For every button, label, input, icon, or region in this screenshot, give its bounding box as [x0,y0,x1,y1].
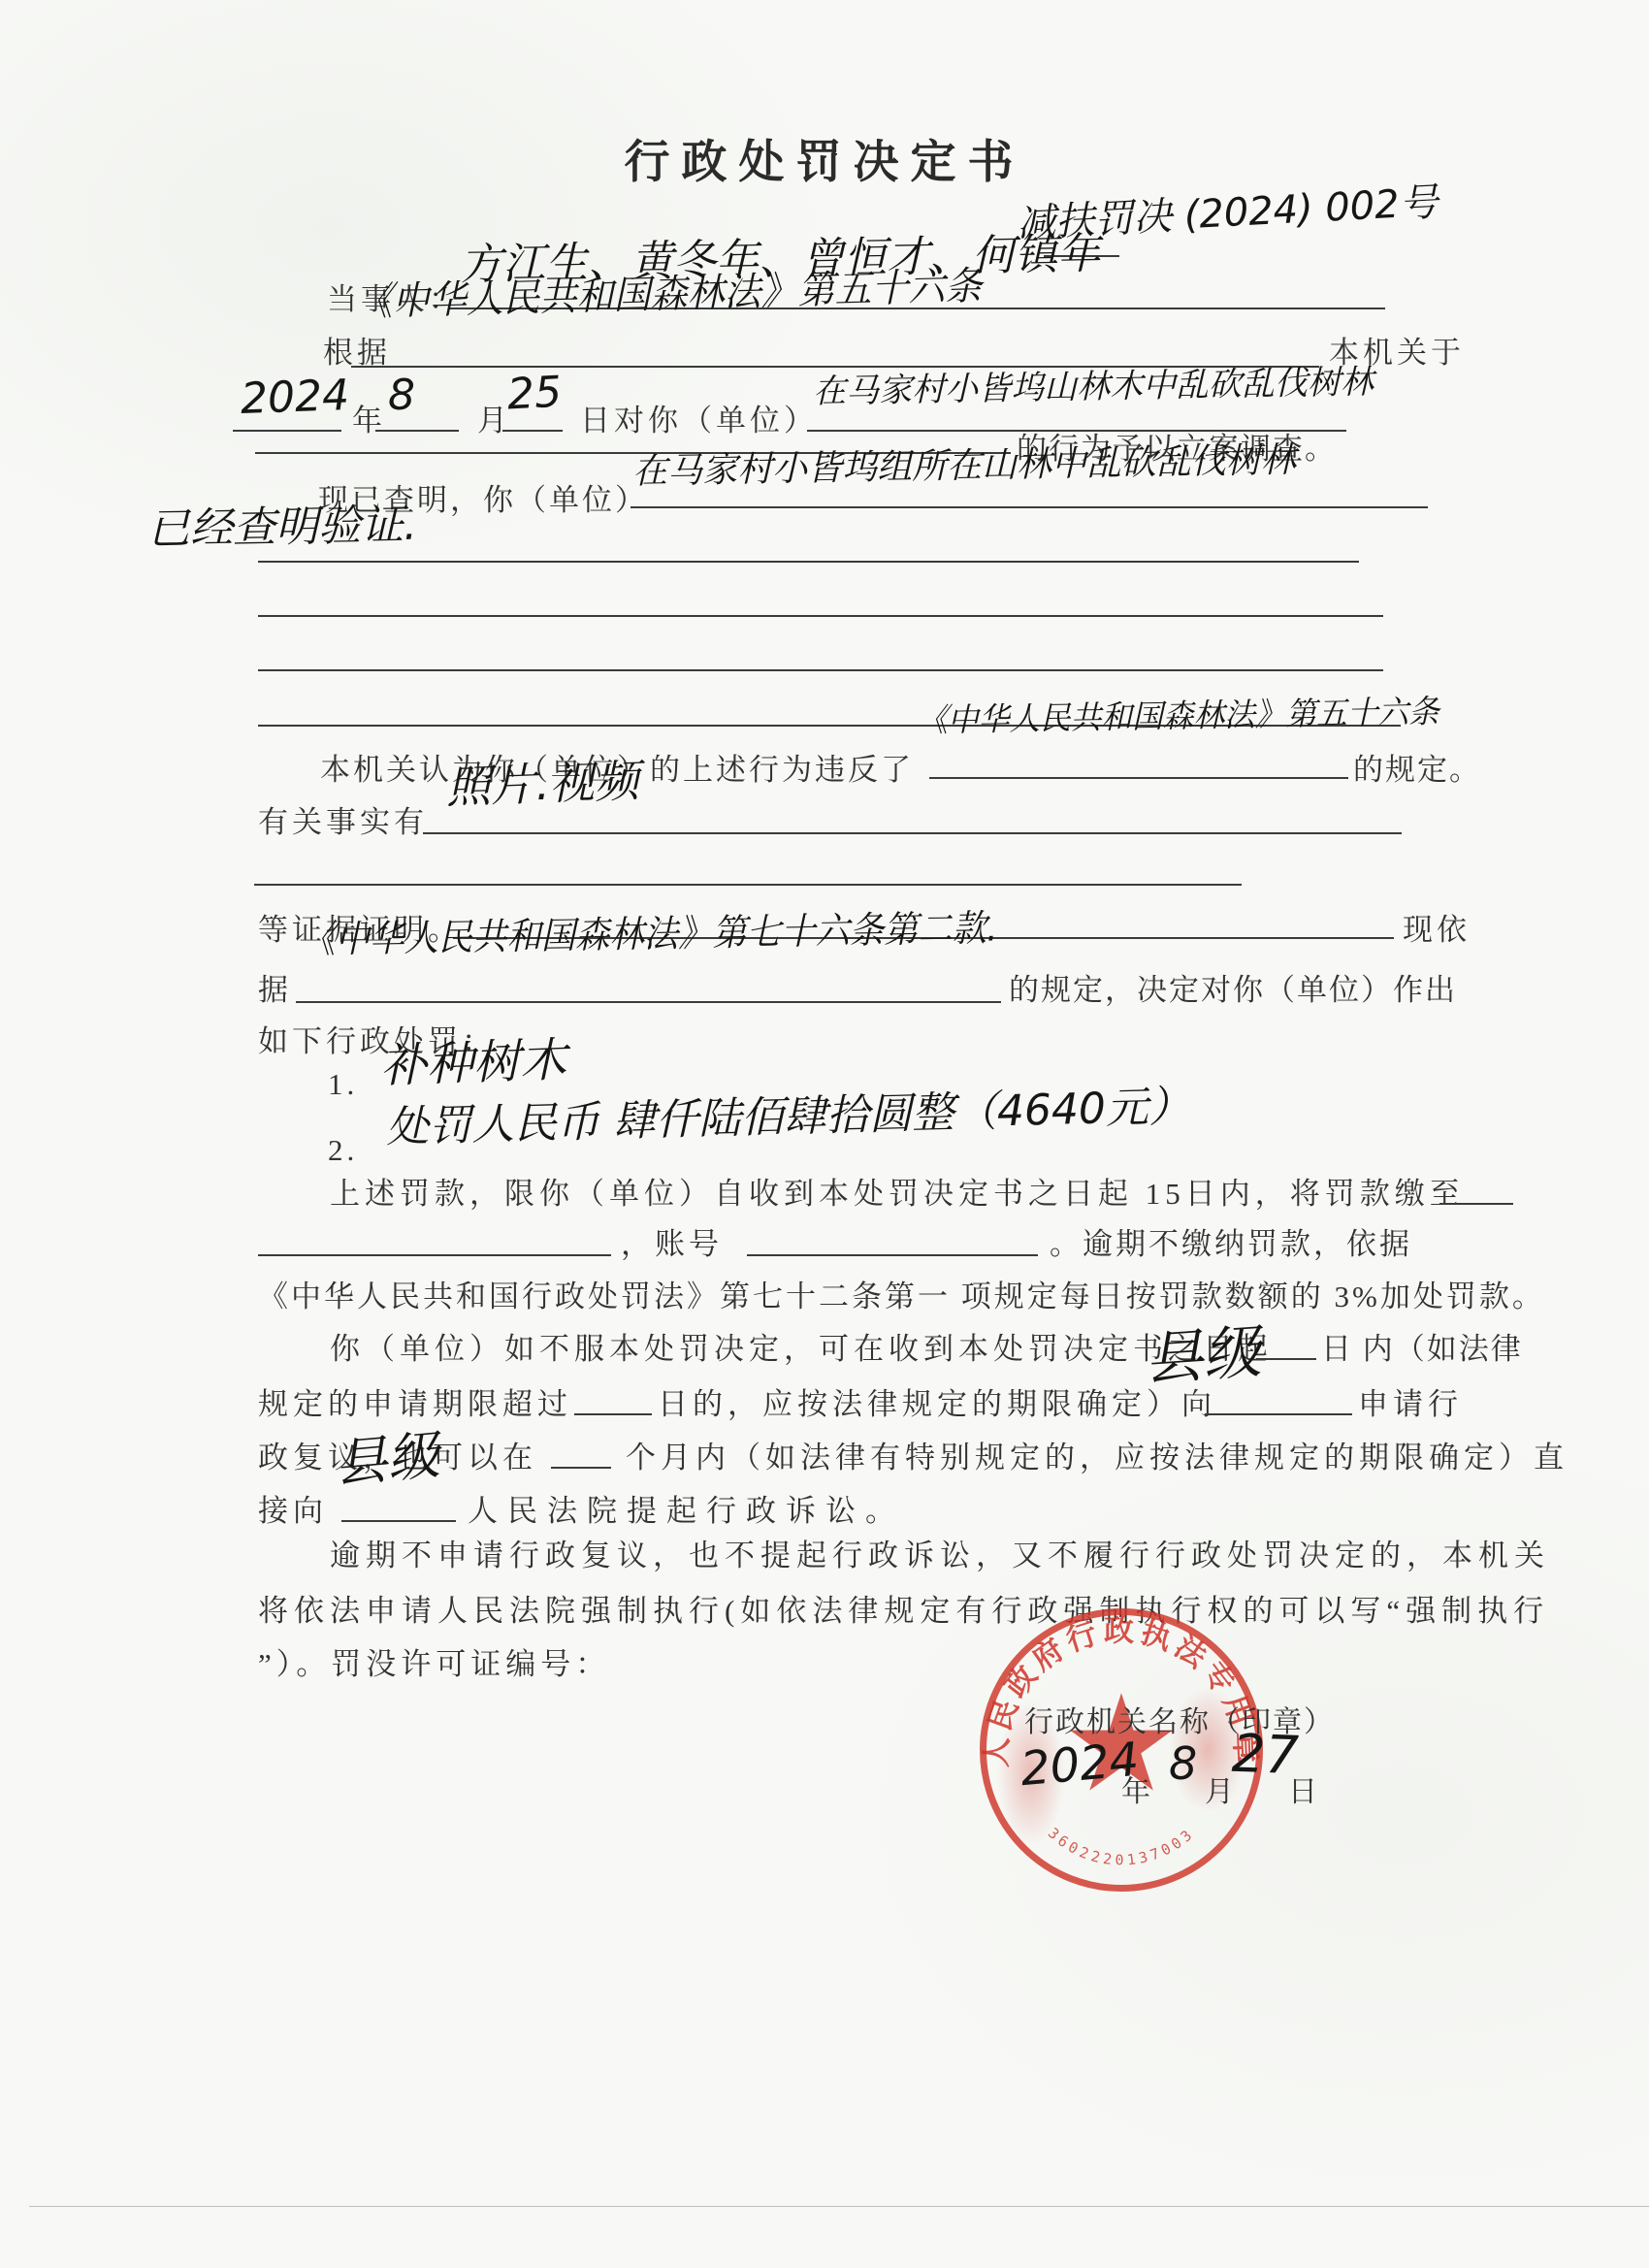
facts-blank [423,832,1402,834]
appeal-line1-tail: 日 内（如法律 [1321,1324,1523,1368]
appeal-blank-5 [341,1520,456,1522]
sign-day-unit: 日 [1288,1767,1321,1810]
enforce-line2: 将依法申请人民法院强制执行(如依法律规定有行政强制执行权的可以写“强制执行 [258,1586,1549,1630]
penalty2-text: 处罚人民币 肆仟陆佰肆拾圆整（4640元） [386,1085,1192,1150]
penalty2-number: 2. [328,1133,358,1168]
appeal-line4-lead: 接向 [258,1486,328,1530]
filing-year-unit: 年 [352,396,386,439]
blank-line [258,669,1383,671]
filing-day-unit: 日对你（单位） [580,396,818,439]
opinion-law: 《中华人民共和国森林法》第五十六条 [917,696,1439,736]
payment-line2-tail: 。逾期不缴纳罚款，依据 [1050,1219,1412,1263]
appeal-line1: 你（单位）如不服本处罚决定，可在收到本处罚决定书之日起 [330,1324,1273,1368]
sign-year-unit: 年 [1121,1767,1154,1810]
filing-month: 8 [388,374,415,417]
filing-day: 25 [506,372,563,417]
appeal-org2: 县级 [333,1429,441,1490]
opinion-tail: 的规定。 [1353,745,1481,789]
appeal-line4-tail: 人民法院提起行政诉讼。 [468,1486,905,1530]
appeal-blank-3 [1205,1413,1352,1415]
appeal-line2-lead: 规定的申请期限超过 [258,1379,572,1423]
payment-line2-mid: ，账号 [621,1219,723,1263]
per-law: 《中华人民共和国森林法》第七十六条第二款. [301,909,998,958]
per-tail: 的规定，决定对你（单位）作出 [1009,965,1457,1009]
finding-blank-2 [258,561,1359,563]
appeal-org1: 县级 [1143,1323,1263,1389]
payment-line1: 上述罚款，限你（单位）自收到本处罚决定书之日起 15日内，将罚款缴至 [330,1169,1465,1213]
filing-month-blank [375,430,459,432]
facts-label: 有关事实有 [258,797,428,841]
paper-edge [29,2206,1649,2207]
appeal-blank-4 [551,1467,611,1469]
payment-blank-1 [1439,1203,1513,1205]
appeal-blank-1 [1256,1358,1316,1360]
appeal-line3-tail: 个月内（如法律有特别规定的，应按法律规定的期限确定）直 [626,1433,1568,1476]
appeal-line2-tail: 申请行 [1358,1379,1463,1423]
penalty1-number: 1. [328,1067,358,1102]
finding-line2: 已经查明验证. [147,504,418,552]
filing-year-blank [233,430,341,432]
finding-line1: 在马家村小皆坞组所在山林中乱砍乱伐树林 [632,443,1297,490]
enforce-line3: ”）。罚没许可证编号： [258,1639,610,1683]
sign-month: 8 [1169,1741,1197,1786]
per-blank [296,1001,1001,1003]
blank-line [254,884,1242,886]
svg-text:3602220137003: 3602220137003 [1045,1825,1198,1869]
evidence-tail: 现依 [1403,905,1471,949]
payment-blank-3 [747,1254,1038,1256]
penalty1-text: 补种树木 [379,1037,567,1090]
blank-line [258,615,1383,617]
filing-conduct: 在马家村小皆坞山林木中乱砍乱伐树林 [813,366,1374,408]
appeal-blank-2 [574,1413,652,1415]
appeal-line2-mid: 日的，应按法律规定的期限确定）向 [658,1379,1216,1423]
filing-year: 2024 [240,374,349,421]
payment-blank-2 [258,1254,611,1256]
enforce-line1: 逾期不申请行政复议，也不提起行政诉讼，又不履行行政处罚决定的，本机关 [330,1531,1550,1574]
filing-month-unit: 月 [477,396,511,439]
stamp-code: 3602220137003 [1045,1825,1198,1869]
payment-line3: 《中华人民共和国行政处罚法》第七十二条第一 项规定每日按罚款数额的 3%加处罚款… [258,1272,1545,1315]
per-lead: 据 [258,965,292,1009]
opinion-blank [929,777,1348,779]
filing-day-blank [502,430,563,432]
facts-value: 照片.视频 [445,759,639,810]
finding-blank-1 [630,506,1428,508]
